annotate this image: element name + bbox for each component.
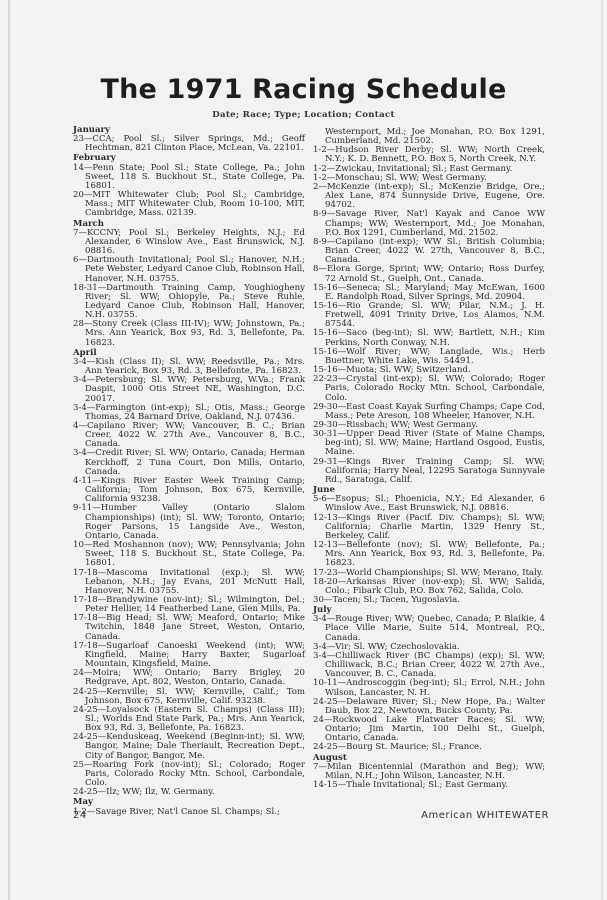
schedule-entry: 24—Rockwood Lake Flatwater Races; Sl. WW… — [313, 716, 545, 743]
schedule-entry: 24-25—Delaware River; Sl.; New Hope, Pa.… — [313, 698, 545, 716]
schedule-entry: 17-18—Brandywine (nov-int); Sl.; Wilming… — [73, 596, 305, 614]
schedule-entry: 20—MIT Whitewater Club; Pool Sl.; Cambri… — [73, 191, 305, 218]
schedule-entry: Westernport, Md.; Joe Monahan, P.O. Box … — [313, 128, 545, 146]
schedule-entry: 8—Elora Gorge, Sprint; WW; Ontario; Ross… — [313, 265, 545, 283]
schedule-entry: 4-11—Kings River Easter Week Training Ca… — [73, 477, 305, 504]
page-edge-right — [601, 0, 603, 900]
schedule-entry: 17-18—Mascoma Invitational (exp.); Sl. W… — [73, 569, 305, 596]
schedule-entry: 29-31—Kings River Training Camp; Sl. WW;… — [313, 458, 545, 485]
page-title: The 1971 Racing Schedule — [0, 74, 607, 105]
schedule-entry: 2—McKenzie (int-exp); Sl.; McKenzie Brid… — [313, 183, 545, 210]
schedule-entry: 22-23—Crystal (int-exp); Sl. WW; Colorad… — [313, 375, 545, 402]
schedule-entry: 24—Moira; WW; Ontario; Barry Brigley, 20… — [73, 669, 305, 687]
schedule-entry: 23—CCA; Pool Sl.; Silver Springs, Md.; G… — [73, 135, 305, 153]
page-edge-left — [8, 0, 10, 900]
schedule-entry: 3-4—Rouge River; WW; Quebec, Canada; P. … — [313, 615, 545, 642]
schedule-entry: 24-25—Kenduskeag, Weekend (Beginn-int); … — [73, 733, 305, 760]
schedule-entry: 1-2—Hudson River Derby; Sl. WW; North Cr… — [313, 146, 545, 164]
schedule-entry: 30-31—Upper Dead River (State of Maine C… — [313, 430, 545, 457]
schedule-entry: 24-25—Bourg St. Maurice; Sl.; France. — [313, 743, 545, 752]
schedule-entry: 4—Capilano River; WW; Vancouver, B. C.; … — [73, 422, 305, 449]
schedule-entry: 15-16—Saco (beg-int); Sl. WW; Bartlett, … — [313, 329, 545, 347]
schedule-entry: 18-20—Arkansas River (nov-exp); Sl. WW; … — [313, 578, 545, 596]
schedule-entry: 8-9—Savage River, Nat'l Kayak and Canoe … — [313, 210, 545, 237]
schedule-entry: 14-15—Thale Invitational; Sl.; East Germ… — [313, 781, 545, 790]
schedule-entry: 14—Penn State; Pool Sl.; State College, … — [73, 164, 305, 191]
schedule-entry: 15-16—Wolf River; WW; Langlade, Wis.; He… — [313, 348, 545, 366]
schedule-entry: 29-30—East Coast Kayak Surfing Champs; C… — [313, 403, 545, 421]
schedule-entry: 7—KCCNY; Pool Sl.; Berkeley Heights, N.J… — [73, 229, 305, 256]
schedule-entry: 6—Dartmouth Invitational; Pool Sl.; Hano… — [73, 256, 305, 283]
schedule-entry: 18-31—Dartmouth Training Camp, Youghiogh… — [73, 284, 305, 321]
schedule-entry: 24-25—Loyalsock (Eastern Sl. Champs) (Cl… — [73, 706, 305, 733]
schedule-entry: 3-4—Farmington (int-exp); Sl.; Otis, Mas… — [73, 404, 305, 422]
schedule-entry: 10-11—Androscoggin (beg-int); Sl.; Errol… — [313, 679, 545, 697]
schedule-entry: 12-13—Bellefonte (nov); Sl. WW; Bellefon… — [313, 541, 545, 568]
page-number: 24 — [73, 810, 87, 821]
schedule-entry: 28—Stony Creek (Class III-IV); WW; Johns… — [73, 320, 305, 347]
schedule-entry: 7—Milan Bicentennial (Marathon and Beg);… — [313, 763, 545, 781]
schedule-entry: 3-4—Credit River; Sl. WW; Ontario, Canad… — [73, 449, 305, 476]
schedule-entry: 24-25—Ilz; WW; Ilz, W. Germany. — [73, 788, 305, 797]
column-legend: Date; Race; Type; Location; Contact — [0, 110, 607, 120]
magazine-name: American WHITEWATER — [421, 810, 549, 821]
schedule-column-right: Westernport, Md.; Joe Monahan, P.O. Box … — [313, 128, 545, 790]
schedule-entry: 9-11—Humber Valley (Ontario Slalom Champ… — [73, 504, 305, 541]
schedule-column-left: January23—CCA; Pool Sl.; Silver Springs,… — [73, 125, 305, 817]
schedule-entry: 25—Roaring Fork (nov-int); Sl.; Colorado… — [73, 761, 305, 788]
schedule-entry: 30—Tacen; Sl.; Tacen, Yugoslavia. — [313, 596, 545, 605]
schedule-entry: 1-2—Savage River, Nat'l Canoe Sl. Champs… — [73, 808, 305, 817]
schedule-entry: 8-9—Capilano (int-exp); WW Sl.; British … — [313, 238, 545, 265]
schedule-entry: 5-6—Esopus; Sl.; Phoenicia, N.Y.; Ed Ale… — [313, 495, 545, 513]
schedule-entry: 15-16—Rio Grande; Sl. WW; Pilar, N.M.; J… — [313, 302, 545, 329]
schedule-entry: 17-18—Sugarloaf Canoeski Weekend (int); … — [73, 642, 305, 669]
schedule-entry: 10—Red Moshannon (nov); WW; Pennsylvania… — [73, 541, 305, 568]
schedule-entry: 12-13—Kings River (Pacif. Div. Champs); … — [313, 514, 545, 541]
schedule-entry: 3-4—Chilliwack River (BC Champs) (exp); … — [313, 652, 545, 679]
schedule-entry: 15-16—Seneca; Sl.; Maryland; May McEwan,… — [313, 284, 545, 302]
schedule-entry: 24-25—Kernville; Sl. WW; Kernville, Cali… — [73, 688, 305, 706]
schedule-entry: 17-18—Big Head; Sl. WW; Meaford, Ontario… — [73, 614, 305, 641]
schedule-entry: 3-4—Petersburg; Sl. WW; Petersburg, W.Va… — [73, 376, 305, 403]
schedule-entry: 3-4—Kish (Class II); Sl. WW; Reedsville,… — [73, 358, 305, 376]
